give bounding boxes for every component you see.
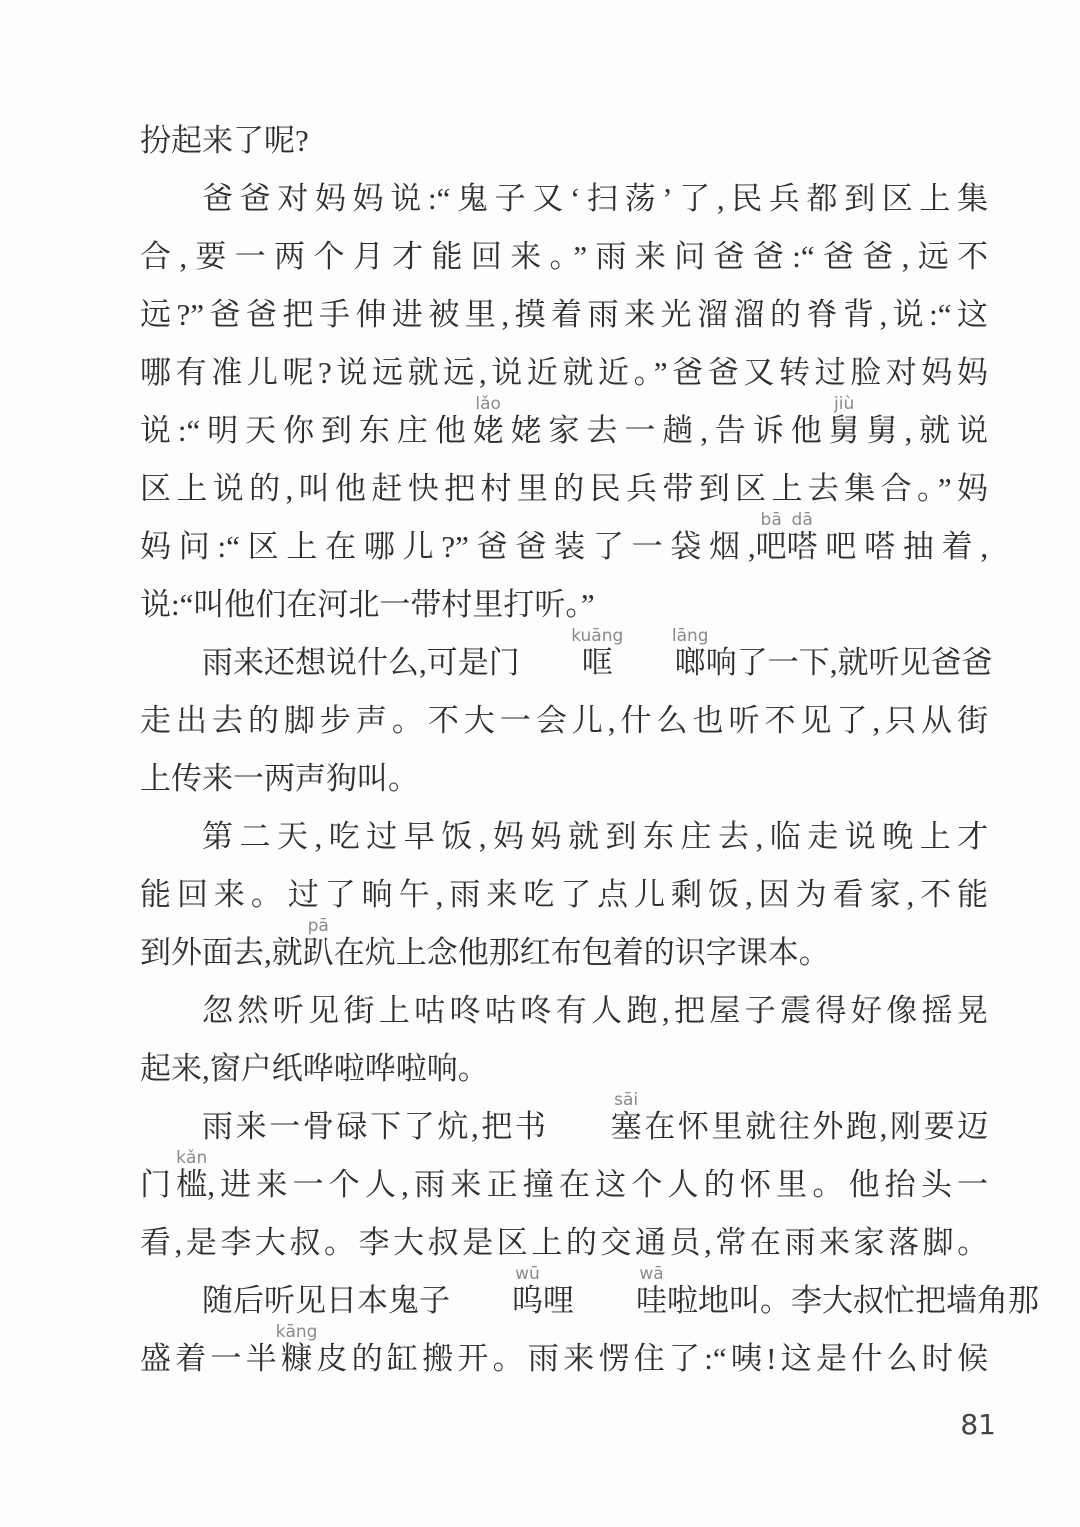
annotated-char: bā吧	[756, 518, 787, 576]
text-line: 远?”爸爸把手伸进被里,摸着雨来光溜溜的脊背,说:“这	[140, 286, 988, 344]
text-line: 门kǎn槛,进来一个人,雨来正撞在这个人的怀里。他抬头一	[140, 1156, 988, 1214]
text-line: 起来,窗户纸哗啦哗啦响。	[140, 1040, 988, 1098]
text-line: 到外面去,就pā趴在炕上念他那红布包着的识字课本。	[140, 924, 988, 982]
text-line: 雨来还想说什么,可是门kuāng哐lāng啷响了一下,就听见爸爸	[140, 634, 988, 692]
annotated-char: kuāng哐	[520, 634, 613, 692]
text-line: 合,要一两个月才能回来。”雨来问爸爸:“爸爸,远不	[140, 228, 988, 286]
pinyin-annotation: kuāng	[509, 628, 623, 645]
pinyin-annotation: kāng	[276, 1324, 318, 1341]
pinyin-annotation: jiù	[834, 396, 854, 413]
pinyin-annotation: kǎn	[176, 1150, 207, 1167]
text-line: 扮起来了呢?	[140, 112, 988, 170]
pinyin-annotation: wā	[577, 1266, 663, 1283]
text-line: 妈问:“区上在哪儿?”爸爸装了一袋烟,bā吧dā嗒吧嗒抽着,	[140, 518, 988, 576]
pinyin-annotation: dā	[792, 512, 813, 529]
pinyin-annotation: lǎo	[475, 396, 501, 413]
annotated-char: jiù舅	[829, 402, 860, 460]
annotated-char: kǎn槛	[176, 1156, 207, 1214]
annotated-char: dā嗒	[787, 518, 818, 576]
pinyin-annotation: lāng	[610, 628, 709, 645]
text-line: 忽然听见街上咕咚咕咚有人跑,把屋子震得好像摇晃	[140, 982, 988, 1040]
text-line: 说:“明天你到东庄他lǎo姥姥家去一趟,告诉他jiù舅舅,就说	[140, 402, 988, 460]
text-line: 走出去的脚步声。不大一会儿,什么也听不见了,只从街	[140, 692, 988, 750]
annotated-char: wū呜	[450, 1272, 543, 1330]
page: 扮起来了呢?爸爸对妈妈说:“鬼子又‘扫荡’了,民兵都到区上集合,要一两个月才能回…	[0, 0, 1080, 1527]
annotated-char: pā趴	[303, 924, 334, 982]
pinyin-annotation: sāi	[552, 1092, 638, 1109]
annotated-char: lāng啷	[613, 634, 706, 692]
page-number: 81	[960, 1408, 996, 1441]
text-line: 能回来。过了晌午,雨来吃了点儿剩饭,因为看家,不能	[140, 866, 988, 924]
annotated-char: lǎo姥	[473, 402, 504, 460]
text-line: 看,是李大叔。李大叔是区上的交通员,常在雨来家落脚。	[140, 1214, 988, 1272]
text-line: 第二天,吃过早饭,妈妈就到东庄去,临走说晚上才	[140, 808, 988, 866]
pinyin-annotation: wū	[453, 1266, 540, 1283]
text-line: 说:“叫他们在河北一带村里打听。”	[140, 576, 988, 634]
annotated-char: sāi塞	[549, 1098, 642, 1156]
text-block: 扮起来了呢?爸爸对妈妈说:“鬼子又‘扫荡’了,民兵都到区上集合,要一两个月才能回…	[140, 112, 988, 1388]
text-line: 雨来一骨碌下了炕,把书sāi塞在怀里就往外跑,刚要迈	[140, 1098, 988, 1156]
text-line: 区上说的,叫他赶快把村里的民兵带到区上去集合。”妈	[140, 460, 988, 518]
text-line: 随后听见日本鬼子wū呜哩wā哇啦地叫。李大叔忙把墙角那	[140, 1272, 988, 1330]
text-line: 爸爸对妈妈说:“鬼子又‘扫荡’了,民兵都到区上集	[140, 170, 988, 228]
pinyin-annotation: bā	[761, 512, 782, 529]
text-line: 哪有准儿呢?说远就远,说近就近。”爸爸又转过脸对妈妈	[140, 344, 988, 402]
text-line: 盛着一半kāng糠皮的缸搬开。雨来愣住了:“咦!这是什么时候	[140, 1330, 988, 1388]
pinyin-annotation: pā	[308, 918, 329, 935]
annotated-char: wā哇	[574, 1272, 667, 1330]
text-line: 上传来一两声狗叫。	[140, 750, 988, 808]
annotated-char: kāng糠	[281, 1330, 312, 1388]
